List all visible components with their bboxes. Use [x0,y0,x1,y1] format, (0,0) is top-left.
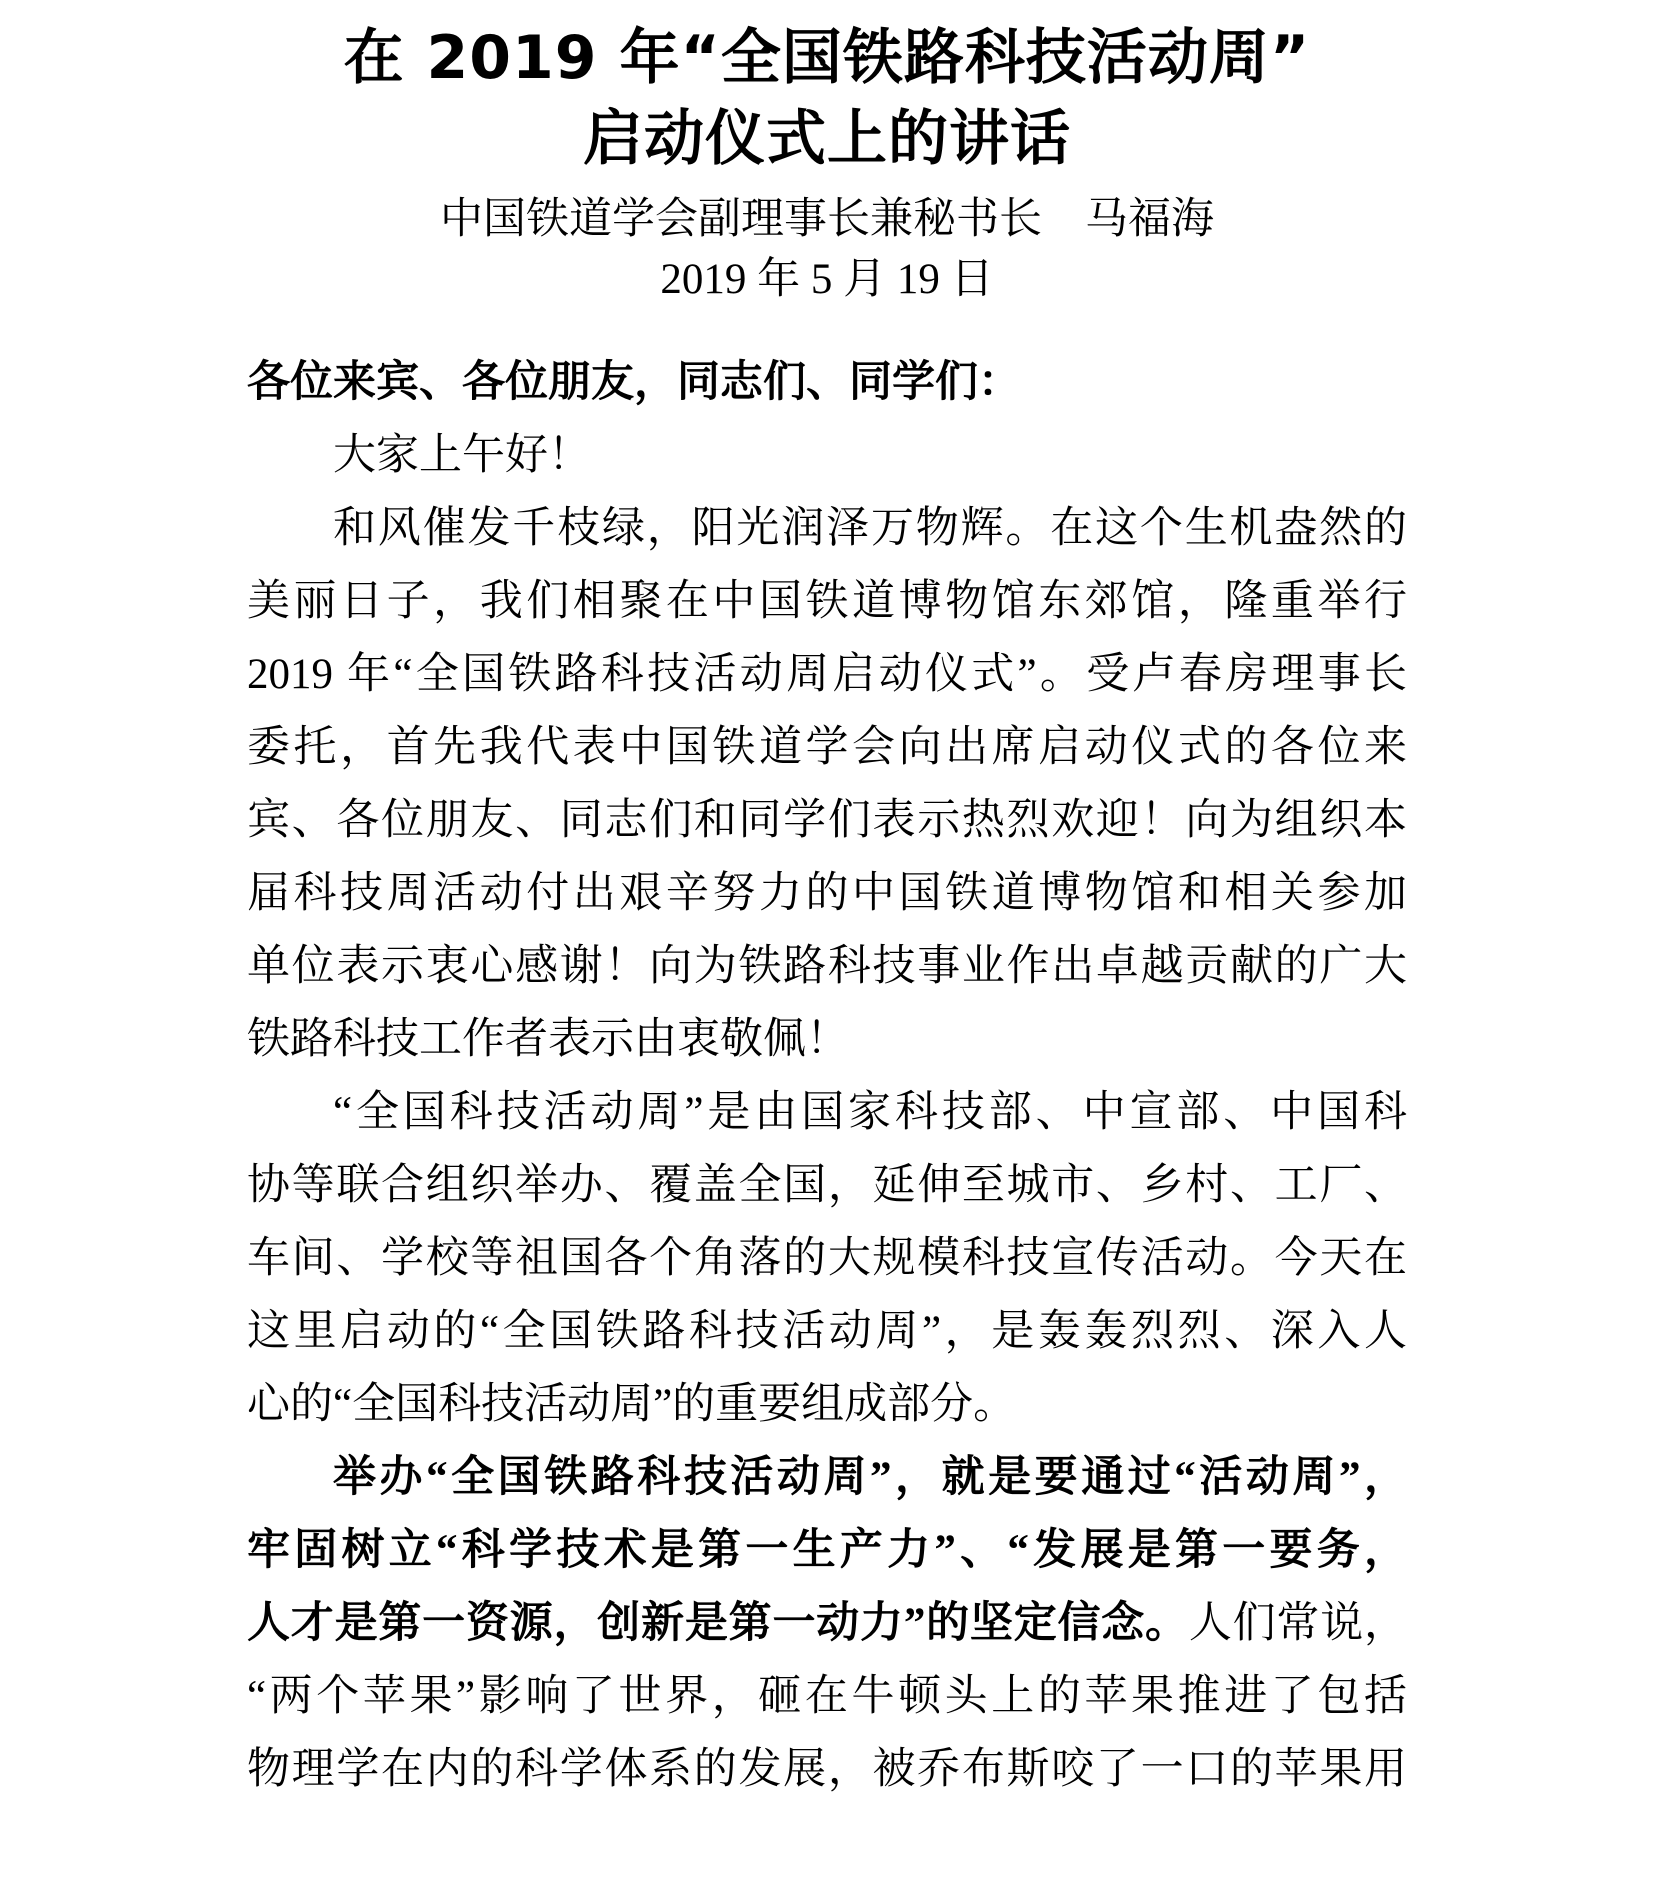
page-title: 在 2019 年“全国铁路科技活动周” 启动仪式上的讲话 [247,18,1407,180]
date-line: 2019 年 5 月 19 日 [247,250,1407,310]
body-line: 和风催发千枝绿，阳光润泽万物辉。在这个生机盎然的 [247,492,1407,565]
body-line: 车间、学校等祖国各个角落的大规模科技宣传活动。今天在 [247,1222,1407,1295]
page-content: 在 2019 年“全国铁路科技活动周” 启动仪式上的讲话 中国铁道学会副理事长兼… [0,0,1654,1806]
body-line: 举办“全国铁路科技活动周”，就是要通过“活动周”， [247,1441,1407,1514]
body-line: 这里启动的“全国铁路科技活动周”，是轰轰烈烈、深入人 [247,1295,1407,1368]
body-line: 铁路科技工作者表示由衷敬佩！ [247,1003,1407,1076]
body-line: 物理学在内的科学体系的发展，被乔布斯咬了一口的苹果用 [247,1733,1407,1806]
page-title-line-2: 启动仪式上的讲话 [247,99,1407,180]
page-title-line-1: 在 2019 年“全国铁路科技活动周” [247,18,1407,99]
body-line: 单位表示衷心感谢！向为铁路科技事业作出卓越贡献的广大 [247,930,1407,1003]
bold-text-run: 人才是第一资源，创新是第一动力”的坚定信念。 [247,1600,1189,1647]
body-line: 2019 年“全国铁路科技活动周启动仪式”。受卢春房理事长 [247,638,1407,711]
regular-text-run: 人们常说， [1189,1600,1407,1647]
body-line: 人才是第一资源，创新是第一动力”的坚定信念。人们常说， [247,1587,1407,1660]
body-line: 美丽日子，我们相聚在中国铁道博物馆东郊馆，隆重举行 [247,565,1407,638]
body-line: “两个苹果”影响了世界，砸在牛顿头上的苹果推进了包括 [247,1660,1407,1733]
body-line: 心的“全国科技活动周”的重要组成部分。 [247,1368,1407,1441]
body-line: 协等联合组织举办、覆盖全国，延伸至城市、乡村、工厂、 [247,1149,1407,1222]
body-line: 各位来宾、各位朋友，同志们、同学们： [247,346,1407,419]
body-line: “全国科技活动周”是由国家科技部、中宣部、中国科 [247,1076,1407,1149]
body-line: 宾、各位朋友、同志们和同学们表示热烈欢迎！向为组织本 [247,784,1407,857]
body-line: 届科技周活动付出艰辛努力的中国铁道博物馆和相关参加 [247,857,1407,930]
byline: 中国铁道学会副理事长兼秘书长 马福海 [247,190,1407,250]
body-line: 委托，首先我代表中国铁道学会向出席启动仪式的各位来 [247,711,1407,784]
body-line: 大家上午好！ [247,419,1407,492]
speech-body: 各位来宾、各位朋友，同志们、同学们： 大家上午好！ 和风催发千枝绿，阳光润泽万物… [247,346,1407,1806]
body-line: 牢固树立“科学技术是第一生产力”、“发展是第一要务， [247,1514,1407,1587]
document-page: 在 2019 年“全国铁路科技活动周” 启动仪式上的讲话 中国铁道学会副理事长兼… [0,0,1654,1891]
